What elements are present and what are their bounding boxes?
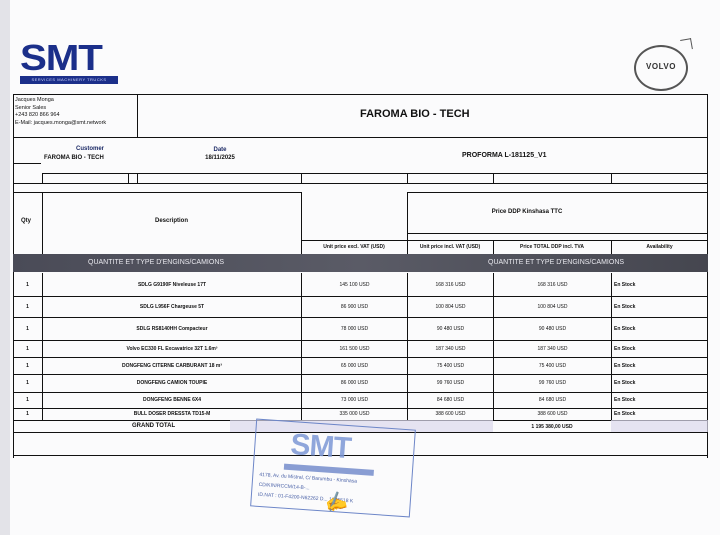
total-shade bbox=[611, 420, 708, 432]
contact-phone: +243 820 866 964 bbox=[15, 112, 106, 120]
cell-availability: En Stock bbox=[611, 408, 708, 420]
cell-unit-excl: 73 000 USD bbox=[301, 392, 407, 408]
volvo-logo: VOLVO bbox=[634, 45, 688, 91]
cell-unit-excl: 145 100 USD bbox=[301, 273, 407, 296]
divider bbox=[42, 173, 43, 183]
cell-total: 100 804 USD bbox=[493, 296, 611, 317]
section-label-left: QUANTITE ET TYPE D'ENGINS/CAMIONS bbox=[88, 254, 224, 272]
volvo-arrow-icon bbox=[680, 38, 693, 51]
cell-description: SDLG G9190F Niveleuse 17T bbox=[42, 273, 301, 296]
grand-total-label: GRAND TOTAL bbox=[132, 423, 175, 429]
cell-unit-incl: 168 316 USD bbox=[407, 273, 493, 296]
cell-description: SDLG RS8140HH Compacteur bbox=[42, 317, 301, 340]
smt-logo: SMT SERVICES MACHINERY TRUCKS bbox=[20, 40, 118, 84]
cell-availability: En Stock bbox=[611, 317, 708, 340]
col-unit-incl-header: Unit price incl. VAT (USD) bbox=[407, 244, 493, 250]
table-row: 1SDLG L956F Chargeuse 5T86 900 USD100 80… bbox=[13, 296, 708, 318]
contact-block: Jacques Monga Senior Sales +243 820 866 … bbox=[15, 97, 106, 127]
cell-availability: En Stock bbox=[611, 357, 708, 374]
cell-total: 388 600 USD bbox=[493, 408, 611, 420]
contact-name: Jacques Monga bbox=[15, 97, 106, 105]
cell-total: 99 760 USD bbox=[493, 374, 611, 392]
cell-unit-incl: 75 400 USD bbox=[407, 357, 493, 374]
cell-qty: 1 bbox=[13, 357, 42, 374]
section-band: QUANTITE ET TYPE D'ENGINS/CAMIONS QUANTI… bbox=[13, 254, 708, 272]
grand-total-value: 1 195 380,00 USD bbox=[493, 424, 611, 430]
cell-unit-excl: 86 900 USD bbox=[301, 296, 407, 317]
col-availability-header: Availability bbox=[611, 244, 708, 250]
divider bbox=[301, 240, 708, 241]
cell-total: 187 340 USD bbox=[493, 340, 611, 357]
divider bbox=[407, 192, 708, 193]
cell-qty: 1 bbox=[13, 273, 42, 296]
col-total-header: Price TOTAL DDP incl. TVA bbox=[493, 244, 611, 250]
cell-qty: 1 bbox=[13, 296, 42, 317]
cell-description: SDLG L956F Chargeuse 5T bbox=[42, 296, 301, 317]
contact-role: Senior Sales bbox=[15, 105, 106, 113]
cell-unit-incl: 90 480 USD bbox=[407, 317, 493, 340]
customer-value: FAROMA BIO - TECH bbox=[44, 155, 104, 161]
divider bbox=[13, 192, 301, 193]
cell-availability: En Stock bbox=[611, 392, 708, 408]
divider bbox=[13, 163, 41, 164]
cell-total: 168 316 USD bbox=[493, 273, 611, 296]
cell-availability: En Stock bbox=[611, 374, 708, 392]
cell-total: 84 680 USD bbox=[493, 392, 611, 408]
page-edge bbox=[0, 0, 10, 535]
table-row: 1DONGFENG BENNE 6X473 000 USD84 680 USD8… bbox=[13, 392, 708, 409]
cell-qty: 1 bbox=[13, 392, 42, 408]
smt-logo-text: SMT bbox=[20, 40, 130, 76]
section-label-right: QUANTITE ET TYPE D'ENGINS/CAMIONS bbox=[488, 254, 624, 272]
customer-label: Customer bbox=[40, 146, 140, 152]
cell-qty: 1 bbox=[13, 317, 42, 340]
table-row: 1DONGFENG CAMION TOUPIE86 000 USD99 760 … bbox=[13, 374, 708, 393]
cell-description: DONGFENG CAMION TOUPIE bbox=[42, 374, 301, 392]
cell-total: 90 480 USD bbox=[493, 317, 611, 340]
cell-unit-incl: 388 600 USD bbox=[407, 408, 493, 420]
cell-unit-excl: 78 000 USD bbox=[301, 317, 407, 340]
divider bbox=[42, 173, 708, 174]
contact-email[interactable]: E-Mail: jacques.monga@smt.network bbox=[15, 120, 106, 128]
volvo-logo-text: VOLVO bbox=[636, 62, 686, 71]
cell-unit-excl: 86 000 USD bbox=[301, 374, 407, 392]
cell-availability: En Stock bbox=[611, 273, 708, 296]
table-row: 1SDLG G9190F Niveleuse 17T145 100 USD168… bbox=[13, 273, 708, 297]
table-row: 1SDLG RS8140HH Compacteur78 000 USD90 48… bbox=[13, 317, 708, 341]
cell-qty: 1 bbox=[13, 340, 42, 357]
cell-unit-incl: 100 804 USD bbox=[407, 296, 493, 317]
qty-header: Qty bbox=[21, 218, 31, 224]
divider bbox=[493, 173, 494, 183]
date-label: Date bbox=[170, 147, 270, 153]
cell-availability: En Stock bbox=[611, 296, 708, 317]
cell-unit-incl: 99 760 USD bbox=[407, 374, 493, 392]
divider bbox=[301, 173, 302, 183]
divider bbox=[137, 94, 138, 138]
stamp-rccm: CD/KIN/RCCM/14-B-... bbox=[258, 482, 309, 492]
description-header: Description bbox=[42, 218, 301, 224]
cell-unit-excl: 335 000 USD bbox=[301, 408, 407, 420]
stamp-brand: SMT bbox=[289, 428, 352, 466]
table-row: 1Volvo EC330 FL Excavatrice 32T 1.6m³161… bbox=[13, 340, 708, 358]
divider bbox=[407, 173, 408, 183]
price-group-header: Price DDP Kinshasa TTC bbox=[407, 209, 647, 215]
cell-description: Volvo EC330 FL Excavatrice 32T 1.6m³ bbox=[42, 340, 301, 357]
cell-qty: 1 bbox=[13, 408, 42, 420]
cell-description: DONGFENG CITERNE CARBURANT 18 m³ bbox=[42, 357, 301, 374]
col-unit-excl-header: Unit price excl. VAT (USD) bbox=[301, 244, 407, 250]
table-row: 1DONGFENG CITERNE CARBURANT 18 m³65 000 … bbox=[13, 357, 708, 375]
divider bbox=[407, 233, 708, 234]
document-title: FAROMA BIO - TECH bbox=[360, 108, 470, 120]
date-value: 18/11/2025 bbox=[170, 155, 270, 161]
cell-qty: 1 bbox=[13, 374, 42, 392]
cell-description: DONGFENG BENNE 6X4 bbox=[42, 392, 301, 408]
cell-unit-excl: 161 500 USD bbox=[301, 340, 407, 357]
cell-unit-incl: 84 680 USD bbox=[407, 392, 493, 408]
cell-availability: En Stock bbox=[611, 340, 708, 357]
divider bbox=[13, 183, 708, 184]
divider bbox=[137, 173, 138, 183]
divider bbox=[128, 173, 129, 183]
cell-unit-incl: 187 340 USD bbox=[407, 340, 493, 357]
cell-total: 75 400 USD bbox=[493, 357, 611, 374]
proforma-number: PROFORMA L-181125_V1 bbox=[462, 152, 547, 159]
smt-logo-tagline: SERVICES MACHINERY TRUCKS bbox=[20, 76, 118, 84]
divider bbox=[611, 173, 612, 183]
cell-unit-excl: 65 000 USD bbox=[301, 357, 407, 374]
